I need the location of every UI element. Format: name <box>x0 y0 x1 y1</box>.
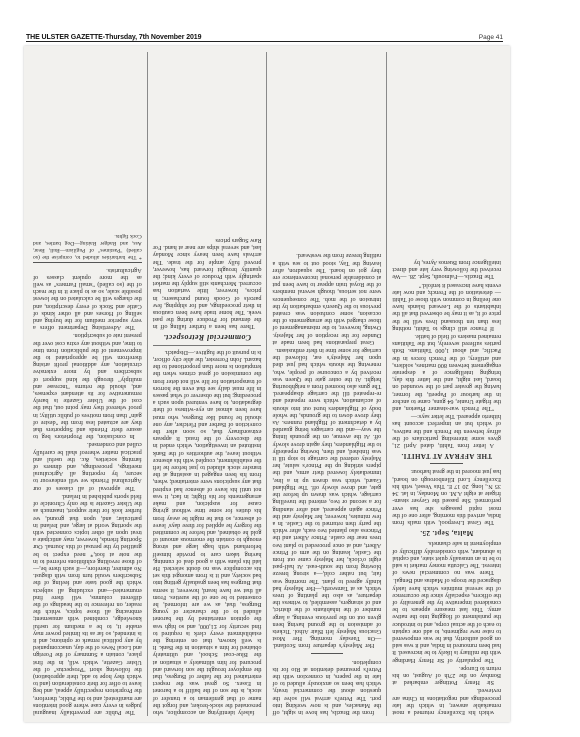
paragraph: A letter from Tahiti, dated April 21, gi… <box>392 413 501 449</box>
clipping-columns: which his Excellency returned a most rem… <box>24 46 510 722</box>
page-number: Page 41 <box>479 34 503 41</box>
paragraph: Sir Henry Pottinger embarked at Bombay o… <box>392 665 501 687</box>
paragraph: falsely identifying an accomplice, who p… <box>153 349 262 716</box>
paragraph: In conclusion, the Proprietors beg to as… <box>33 332 142 440</box>
paragraph: which his Excellency returned a most rem… <box>392 687 501 716</box>
short-rule-divider <box>311 653 344 654</box>
paragraph: from the Brazils, has hove in sight, off… <box>273 658 382 716</box>
section-heading: Malta, Sept. 25. <box>392 529 501 536</box>
footnote: * The barbarities alluded to, comprise t… <box>33 232 142 264</box>
section-heading: THE AFFRAY AT TAHITI. <box>392 452 501 459</box>
article-column: The Public are proverbially inaugural ju… <box>28 52 147 716</box>
newspaper-title-date: THE ULSTER GAZETTE-Thursday, 7th Novembe… <box>26 34 201 41</box>
paragraph: Her Majesty's departure from Scotland.—O… <box>273 347 382 650</box>
newspaper-clipping-rotated: which his Excellency returned a most rem… <box>24 46 510 722</box>
paragraph: The Great Liverpool, with mails from Ind… <box>392 468 501 526</box>
article-column: which his Excellency returned a most rem… <box>386 52 506 716</box>
horizontal-divider <box>153 345 262 346</box>
paragraph: "The French war-steamer Phaeton, and the… <box>392 333 501 412</box>
section-heading: Commercial Retrospect. <box>153 333 262 340</box>
paragraph: There has been a further falling off in … <box>153 237 262 331</box>
paragraph: Great preparations had been made at Dund… <box>273 252 382 346</box>
paragraph: The popularity of Sir Henry Hardinge wit… <box>392 577 501 663</box>
paragraph: There was no commercial news of interest… <box>392 540 501 576</box>
article-column: falsely identifying an accomplice, who p… <box>147 52 267 716</box>
article-column: from the Brazils, has hove in sight, off… <box>267 52 387 716</box>
paragraph: The approval of all classes of our Agric… <box>33 441 142 491</box>
paragraph: If France still clings to Tahiti, nothin… <box>392 281 501 331</box>
page-header: THE ULSTER GAZETTE-Thursday, 7th Novembe… <box>26 27 503 42</box>
short-rule-divider <box>430 463 463 464</box>
paragraph: The Advertising Department offers a very… <box>33 266 142 331</box>
paragraph: The Public are proverbially inaugural ju… <box>33 493 142 716</box>
paragraph: The Brazils.—Falmouth, Sept. 28. —We rec… <box>392 259 501 281</box>
